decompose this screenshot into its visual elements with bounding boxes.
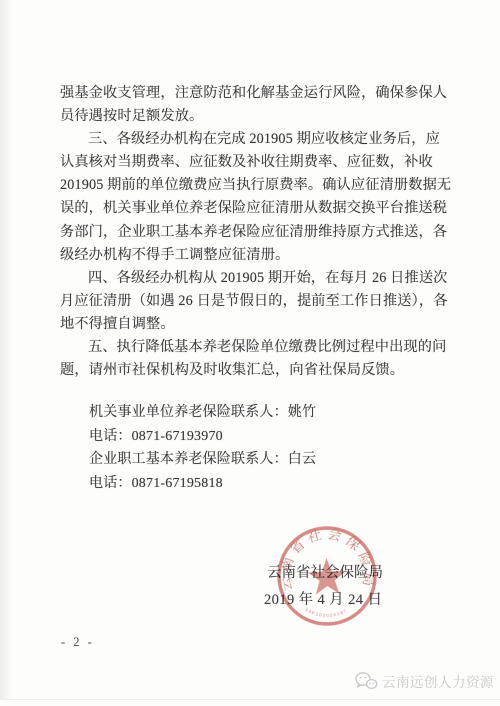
contact-line-org-pension: 机关事业单位养老保险联系人：姚竹	[89, 401, 316, 425]
page-number: - 2 -	[61, 635, 94, 650]
footer-account-name: 云南远创人力资源	[382, 671, 494, 691]
stamp-serial: 53P102000187	[304, 606, 348, 619]
body-line: 五、执行降低基本养老保险单位缴费比例过程中出现的问	[60, 336, 442, 359]
body-line: 地不得擅自调整。	[60, 313, 442, 336]
official-stamp-icon: 云南省社会保险局 53P102000187	[271, 520, 383, 632]
body-line: 月应征清册（如遇 26 日是节假日的，提前至工作日推送），各	[60, 290, 442, 313]
contact-line-enterprise-pension: 企业职工基本养老保险联系人：白云	[89, 448, 316, 472]
body-text: 强基金收支管理，注意防范和化解基金运行风险，确保参保人 员待遇按时足额发放。 三…	[60, 82, 442, 382]
body-line: 认真核对当期费率、应征数及补收往期费率、应征数，补收	[60, 151, 442, 174]
document-page: 强基金收支管理，注意防范和化解基金运行风险，确保参保人 员待遇按时足额发放。 三…	[0, 0, 500, 706]
contact-line-enterprise-phone: 电话：0871-67195818	[89, 472, 316, 496]
body-line: 四、各级经办机构从 201905 期开始，在每月 26 日推送次	[60, 267, 442, 290]
body-line: 强基金收支管理，注意防范和化解基金运行风险，确保参保人	[60, 82, 442, 105]
page-bottom-divider	[0, 699, 500, 700]
stamp-star-icon	[307, 557, 346, 594]
contact-line-org-phone: 电话：0871-67193970	[89, 425, 316, 449]
body-line: 题，请州市社保机构及时收集汇总，向省社保局反馈。	[60, 359, 442, 382]
body-line: 员待遇按时足额发放。	[60, 105, 442, 128]
body-line: 三、各级经办机构在完成 201905 期应收核定业务后，应	[60, 128, 442, 151]
body-line: 务部门，企业职工基本养老保险应征清册维持原方式推送，各	[60, 221, 442, 244]
body-line: 201905 期前的单位缴费应当执行原费率。确认应征清册数据无	[60, 174, 442, 197]
svg-text:53P102000187: 53P102000187	[304, 606, 348, 619]
wechat-icon	[354, 671, 378, 691]
contact-block: 机关事业单位养老保险联系人：姚竹 电话：0871-67193970 企业职工基本…	[89, 401, 316, 495]
wechat-footer: 云南远创人力资源	[354, 670, 494, 692]
body-line: 级经办机构不得手工调整应征清册。	[60, 244, 442, 267]
body-line: 误的，机关事业单位养老保险应征清册从数据交换平台推送税	[60, 197, 442, 220]
page-edge-shadow	[0, 0, 14, 699]
